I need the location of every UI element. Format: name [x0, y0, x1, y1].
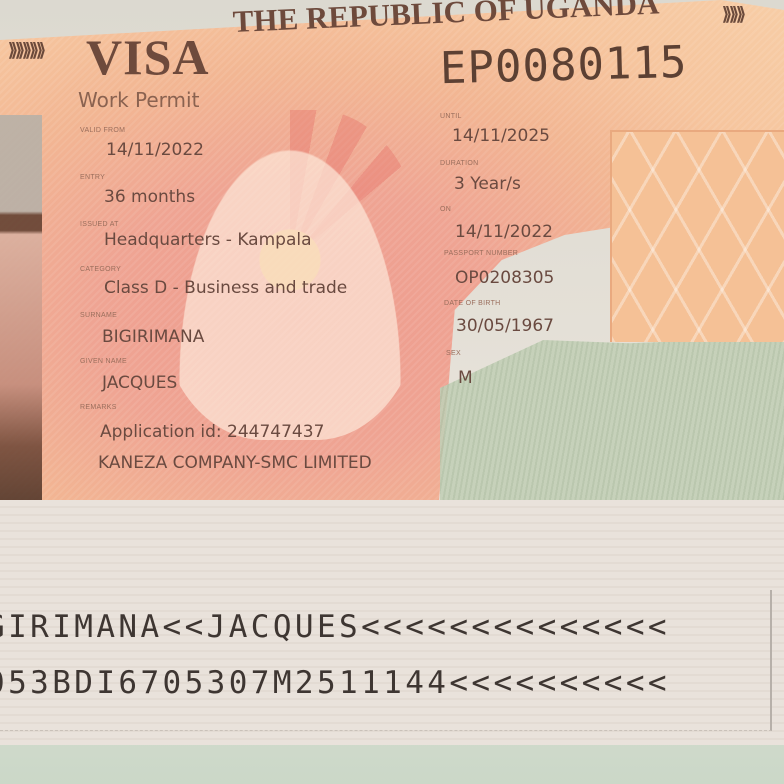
surname-label: Surname: [80, 312, 117, 319]
visa-title: VISA: [86, 28, 209, 86]
duration-value: 3 Year/s: [454, 174, 521, 194]
entry-label: Entry: [80, 174, 105, 181]
remarks-label: Remarks: [80, 404, 117, 411]
arrow-ornament-icon: ⟫⟫⟫: [722, 4, 743, 25]
surname-value: BIGIRIMANA: [102, 327, 204, 347]
until-value: 14/11/2025: [452, 126, 550, 146]
category-label: Category: [80, 266, 121, 273]
passport-page: ⟫⟫⟫⟫⟫ ⟫⟫⟫ VISA THE REPUBLIC OF UGANDA EP…: [0, 0, 784, 784]
issued-at-value: Headquarters - Kampala: [104, 230, 312, 250]
passport-number-value: OP0208305: [455, 268, 554, 288]
mrz-line-1: GIRIMANA<<JACQUES<<<<<<<<<<<<<<: [0, 609, 670, 645]
given-name-value: JACQUES: [102, 373, 177, 393]
sex-value: M: [458, 368, 473, 388]
holder-photo-edge: [0, 115, 42, 500]
date-of-birth-label: Date of birth: [444, 300, 501, 307]
date-of-birth-value: 30/05/1967: [456, 316, 554, 336]
until-label: Until: [440, 113, 462, 120]
arrow-ornament-icon: ⟫⟫⟫⟫⟫: [8, 40, 43, 61]
visa-number: EP0080115: [439, 37, 688, 94]
issued-at-label: Issued at: [80, 221, 119, 228]
security-pattern-green: [440, 340, 784, 500]
duration-label: Duration: [440, 160, 478, 167]
triangle-pattern: [610, 130, 784, 342]
passport-number-label: Passport number: [444, 250, 518, 257]
sex-label: Sex: [446, 350, 461, 357]
on-label: On: [440, 206, 451, 213]
category-value: Class D - Business and trade: [104, 278, 347, 298]
visa-type: Work Permit: [78, 88, 199, 112]
valid-from-value: 14/11/2022: [106, 140, 204, 160]
given-name-label: Given name: [80, 358, 127, 365]
on-value: 14/11/2022: [455, 222, 553, 242]
entry-value: 36 months: [104, 187, 195, 207]
valid-from-label: Valid from: [80, 127, 125, 134]
application-id: Application id: 244747437: [100, 422, 324, 442]
mrz-line-2: 053BDI6705307M2511144<<<<<<<<<<: [0, 665, 670, 701]
employer-name: KANEZA COMPANY-SMC LIMITED: [98, 453, 372, 473]
